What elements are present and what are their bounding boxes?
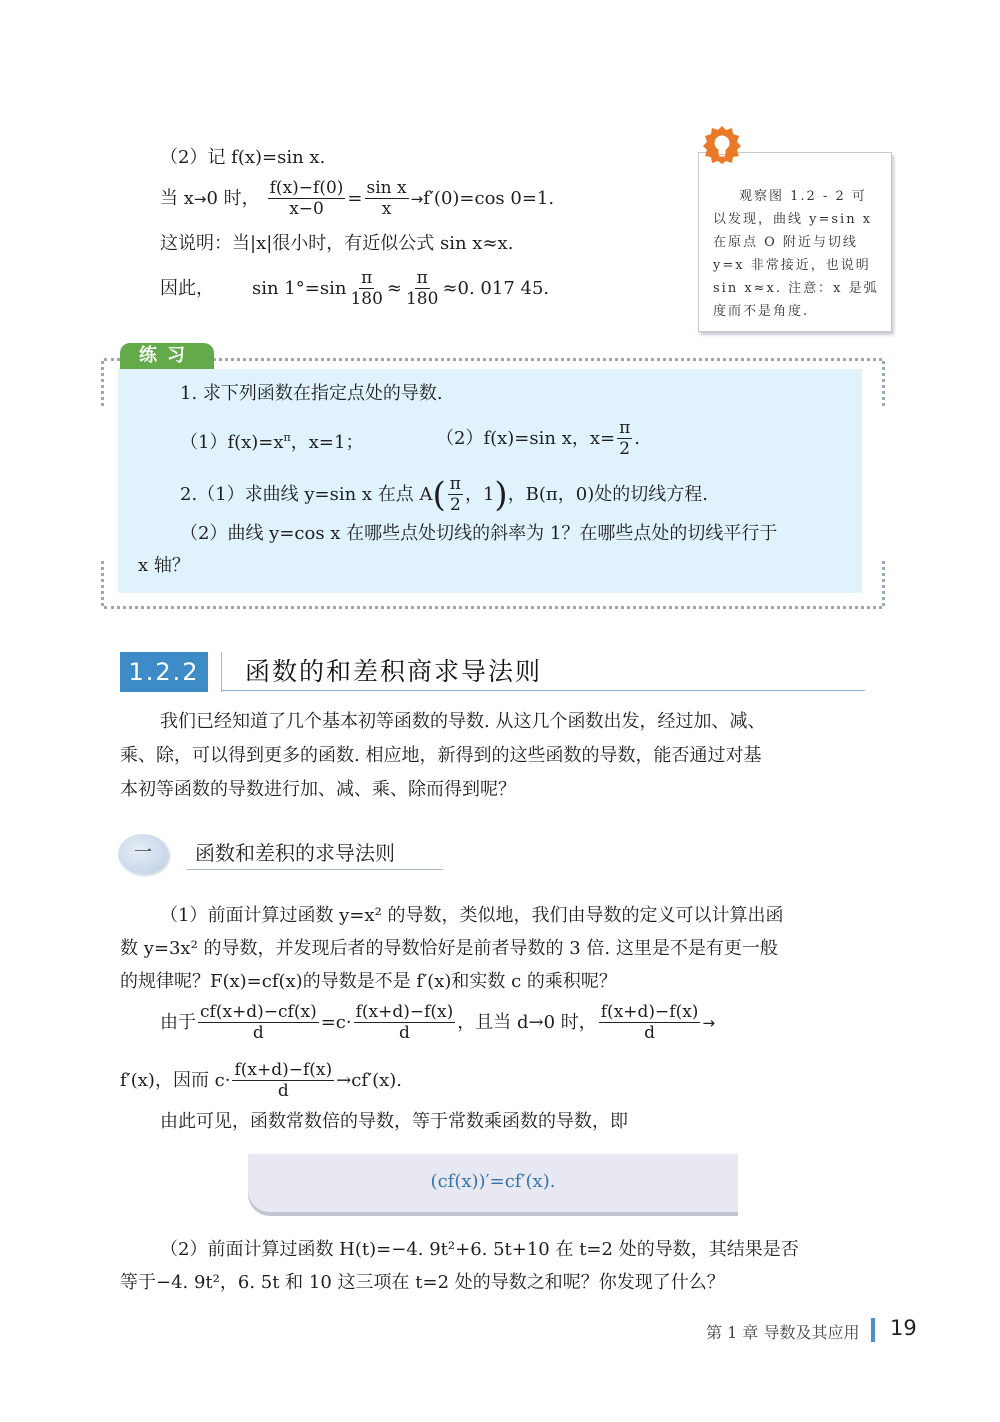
example-line-sin1: 因此， sin 1°=sin π 180 ≈ π 180 ≈0. 017 45. (160, 268, 549, 309)
footer-chapter-title: 第 1 章 导数及其应用 (706, 1320, 859, 1343)
section-underline (221, 690, 865, 691)
exercise-q2-part2-line2: x 轴？ (138, 554, 190, 578)
paragraph-4: 由此可见，函数常数倍的导数，等于常数乘函数的导数，即 (160, 1110, 628, 1134)
exercise-q2-part1: 2.（1）求曲线 y=sin x 在点 A ( π 2 ，1 ) ，B(π，0)… (180, 474, 708, 515)
intro-line-1: 我们已经知道了几个基本初等函数的导数. 从这几个函数出发，经过加、减、 (160, 710, 765, 734)
section-title: 函数的和差积商求导法则 (245, 654, 542, 690)
exercise-tab-label: 练习 (120, 343, 214, 369)
paragraph-2-derivation: 由于 cf(x+d)−cf(x) d =c· f(x+d)−f(x) d ，且当… (160, 1002, 715, 1043)
pi-over-180: π 180 (348, 268, 384, 309)
formula-box: (cf(x))′=cf′(x). (248, 1154, 738, 1212)
arrow-icon: → (702, 1011, 715, 1035)
page-number: 19 (890, 1316, 917, 1340)
constant-multiple-rule: (cf(x))′=cf′(x). (248, 1171, 738, 1192)
paragraph-5-line-1: （2）前面计算过函数 H(t)=−4. 9t²+6. 5t+10 在 t=2 处… (160, 1238, 799, 1262)
example-line-define-f: （2）记 f(x)=sin x. (160, 146, 325, 170)
example-line-approximation: 这说明：当|x|很小时，有近似公式 sin x≈x. (160, 232, 513, 256)
lightbulb-icon (702, 125, 742, 165)
subsection-underline (187, 869, 443, 870)
exercise-q1-title: 1. 求下列函数在指定点处的导数. (180, 382, 443, 406)
footer-divider-bar (871, 1318, 875, 1342)
pi-over-2: π 2 (448, 474, 463, 515)
limit-mid: 0 时， (206, 187, 259, 211)
pi-over-180: π 180 (404, 268, 440, 309)
section-divider (221, 652, 222, 692)
therefore-label: 因此， (160, 277, 214, 301)
paragraph-5-line-2: 等于−4. 9t²，6. 5t 和 10 这三项在 t=2 处的导数之和呢？你发… (120, 1271, 725, 1295)
intro-line-2: 乘、除，可以得到更多的函数. 相应地，新得到的这些函数的导数，能否通过对基 (120, 744, 761, 768)
limit-result: f′(0)=cos 0=1. (423, 187, 554, 211)
sinx-over-x: sin x x (365, 178, 409, 219)
paragraph-1-line-1: （1）前面计算过函数 y=x² 的导数，类似地，我们由导数的定义可以计算出函 (160, 904, 784, 928)
paragraph-1-line-3: 的规律呢？F(x)=cf(x)的导数是不是 f′(x)和实数 c 的乘积呢？ (120, 970, 617, 994)
paragraph-1-line-2: 数 y=3x² 的导数，并发现后者的导数恰好是前者导数的 3 倍. 这里是不是有… (120, 937, 778, 961)
arrow-icon: → (194, 187, 207, 211)
exercise-q2-part2-line1: （2）曲线 y=cos x 在哪些点处切线的斜率为 1？在哪些点处的切线平行于 (180, 522, 777, 546)
sidebar-note-text: 观察图 1.2 - 2 可以发现，曲线 y=sin x 在原点 O 附近与切线 … (713, 185, 881, 323)
subsection-number-badge: 一 (118, 834, 168, 874)
pi-over-2: π 2 (617, 418, 632, 459)
exercise-q1-part2: （2）f(x)=sin x，x= π 2 . (436, 418, 640, 459)
arrow-icon: → (411, 187, 424, 211)
sidebar-note: 观察图 1.2 - 2 可以发现，曲线 y=sin x 在原点 O 附近与切线 … (698, 152, 892, 332)
subsection-title: 函数和差积的求导法则 (195, 838, 395, 868)
limit-prefix: 当 x (160, 187, 194, 211)
difference-quotient: f(x)−f(0) x−0 (268, 178, 346, 219)
paragraph-3-derivation: f′(x)，因而 c· f(x+d)−f(x) d →cf′(x). (120, 1060, 402, 1101)
section-number: 1.2.2 (120, 652, 208, 692)
intro-line-3: 本初等函数的导数进行加、减、乘、除而得到呢？ (120, 778, 516, 802)
example-line-limit: 当 x → 0 时， f(x)−f(0) x−0 = sin x x → f′(… (160, 178, 554, 219)
exercise-q1-part1: （1）f(x)=xπ，x=1； (180, 426, 363, 455)
